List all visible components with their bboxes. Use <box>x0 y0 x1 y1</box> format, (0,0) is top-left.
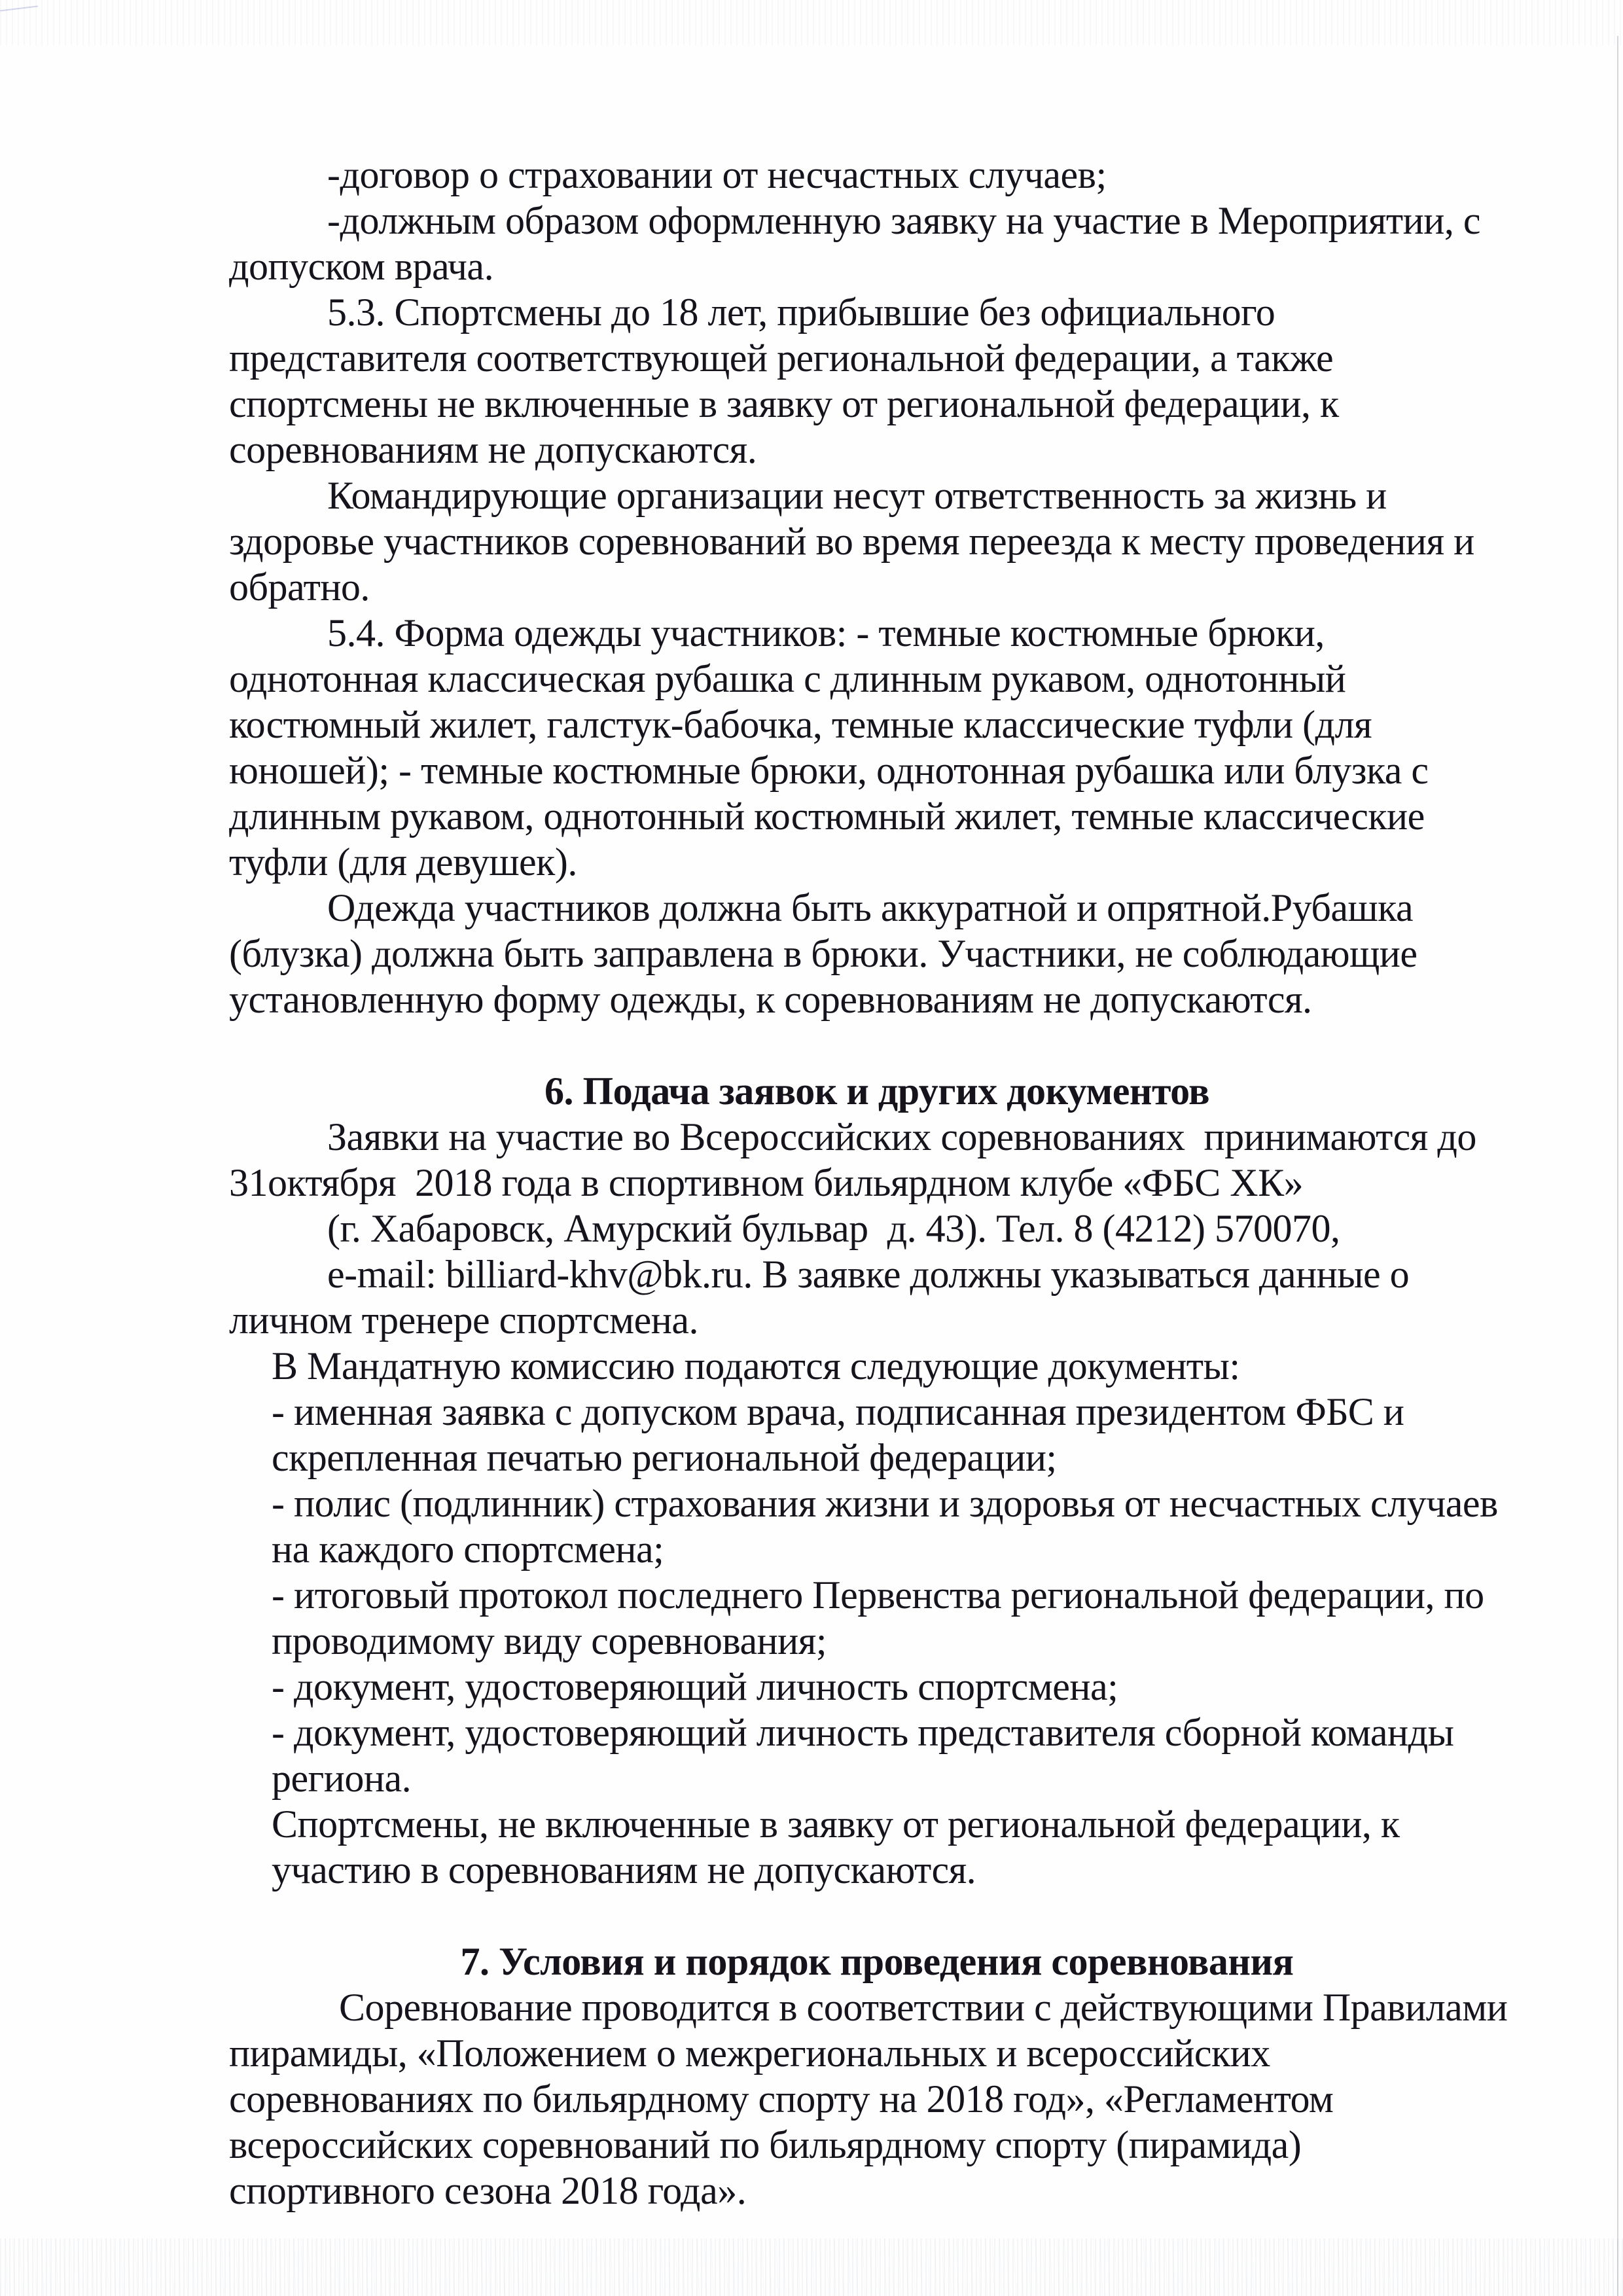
text-line: участию в соревнованиям не допускаются. <box>229 1847 1590 1893</box>
text-line: Спортсмены, не включенные в заявку от ре… <box>229 1801 1590 1847</box>
scan-noise-top <box>0 0 1623 46</box>
text-line: соревнованиях по бильярдному спорту на 2… <box>229 2076 1590 2122</box>
text-line: 5.3. Спортсмены до 18 лет, прибывшие без… <box>229 289 1590 335</box>
text-line: В Мандатную комиссию подаются следующие … <box>229 1343 1590 1389</box>
text-line: допуском врача. <box>229 243 1590 289</box>
text-line: длинным рукавом, однотонный костюмный жи… <box>229 793 1590 839</box>
text-line: - документ, удостоверяющий личность спор… <box>229 1664 1590 1710</box>
text-line: -должным образом оформленную заявку на у… <box>229 198 1590 243</box>
text-line: - полис (подлинник) страхования жизни и … <box>229 1480 1590 1526</box>
text-line: e-mail: billiard-khv@bk.ru. В заявке дол… <box>229 1251 1590 1297</box>
text-line: всероссийских соревнований по бильярдном… <box>229 2122 1590 2168</box>
text-line: установленную форму одежды, к соревнован… <box>229 977 1590 1022</box>
text-line: пирамиды, «Положением о межрегиональных … <box>229 2030 1590 2076</box>
text-line: однотонная классическая рубашка с длинны… <box>229 656 1590 702</box>
text-line: региона. <box>229 1755 1590 1801</box>
scan-edge-line <box>1617 36 1618 2296</box>
text-line: костюмный жилет, галстук-бабочка, темные… <box>229 702 1590 747</box>
scan-noise-bottom <box>0 2238 1623 2296</box>
text-line: 31октября 2018 года в спортивном бильярд… <box>229 1160 1590 1206</box>
text-line: соревнованиям не допускаются. <box>229 427 1590 473</box>
text-line: скрепленная печатью региональной федерац… <box>229 1435 1590 1480</box>
text-line: спортсмены не включенные в заявку от рег… <box>229 381 1590 427</box>
section-7-heading: 7. Условия и порядок проведения соревнов… <box>229 1939 1525 1984</box>
text-line: 5.4. Форма одежды участников: - темные к… <box>229 610 1590 656</box>
text-line: обратно. <box>229 564 1590 610</box>
text-line: на каждого спортсмена; <box>229 1526 1590 1572</box>
section-6-heading: 6. Подача заявок и других документов <box>229 1068 1525 1114</box>
text-line: юношей); - темные костюмные брюки, однот… <box>229 747 1590 793</box>
text-line: - документ, удостоверяющий личность пред… <box>229 1710 1590 1755</box>
text-line: Соревнование проводится в соответствии с… <box>229 1984 1590 2030</box>
text-line: (блузка) должна быть заправлена в брюки.… <box>229 931 1590 977</box>
text-line: спортивного сезона 2018 года». <box>229 2168 1590 2214</box>
text-line: - итоговый протокол последнего Первенств… <box>229 1572 1590 1618</box>
text-line: личном тренере спортсмена. <box>229 1297 1590 1343</box>
text-line: Командирующие организации несут ответств… <box>229 473 1590 518</box>
text-line: Заявки на участие во Всероссийских сорев… <box>229 1114 1590 1160</box>
text-line: (г. Хабаровск, Амурский бульвар д. 43). … <box>229 1206 1590 1251</box>
text-line: туфли (для девушек). <box>229 839 1590 885</box>
text-line: Одежда участников должна быть аккуратной… <box>229 885 1590 931</box>
text-line: здоровье участников соревнований во врем… <box>229 518 1590 564</box>
text-line: - именная заявка с допуском врача, подпи… <box>229 1389 1590 1435</box>
document-page: -договор о страховании от несчастных слу… <box>0 0 1623 2296</box>
text-line: проводимому виду соревнования; <box>229 1618 1590 1664</box>
document-text-block: -договор о страховании от несчастных слу… <box>229 152 1590 2214</box>
text-line: -договор о страховании от несчастных слу… <box>229 152 1590 198</box>
text-line: представителя соответствующей региональн… <box>229 335 1590 381</box>
